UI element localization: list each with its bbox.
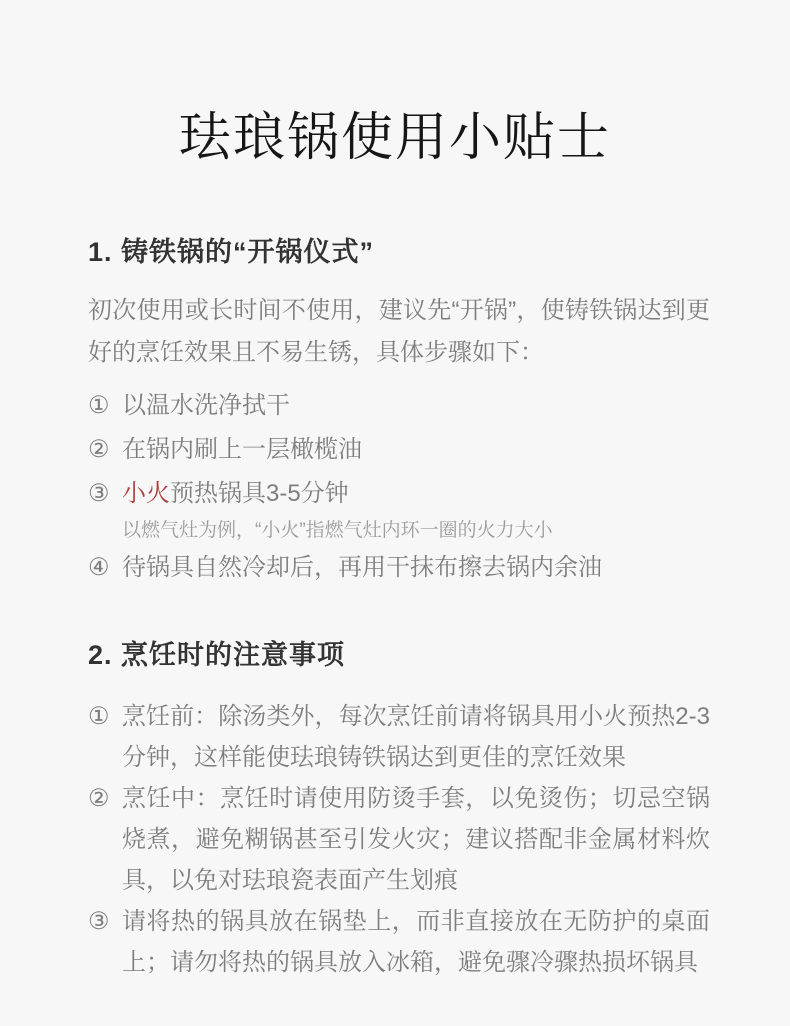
section-1-heading: 1. 铸铁锅的“开锅仪式” <box>88 233 710 271</box>
page-title: 珐琅锅使用小贴士 <box>0 0 790 176</box>
step-text: 请将热的锅具放在锅垫上，而非直接放在无防护的桌面上；请勿将热的锅具放入冰箱，避免… <box>122 901 710 983</box>
step-item: ② 在锅内刷上一层橄榄油 <box>88 428 710 472</box>
step-note: 以燃气灶为例，“小火”指燃气灶内环一圈的火力大小 <box>122 516 710 546</box>
section-1-intro: 初次使用或长时间不使用，建议先“开锅”，使铸铁锅达到更好的烹饪效果且不易生锈，具… <box>88 290 710 374</box>
step-marker: ① <box>88 696 122 737</box>
step-item: ① 以温水洗净拭干 <box>88 384 710 428</box>
step-item: ② 烹饪中：烹饪时请使用防烫手套，以免烫伤；切忌空锅烧煮，避免糊锅甚至引发火灾；… <box>88 778 710 901</box>
section-1-steps: ① 以温水洗净拭干 ② 在锅内刷上一层橄榄油 ③ 小火预热锅具3-5分钟 以燃气… <box>88 384 710 590</box>
step-text: 待锅具自然冷却后，再用干抹布擦去锅内余油 <box>122 546 710 590</box>
step-text-rest: 预热锅具3-5分钟 <box>170 480 349 507</box>
step-item: ③ 请将热的锅具放在锅垫上，而非直接放在无防护的桌面上；请勿将热的锅具放入冰箱，… <box>88 901 710 983</box>
step-marker: ④ <box>88 546 122 590</box>
highlighted-term: 小火 <box>122 480 170 507</box>
section-2-heading: 2. 烹饪时的注意事项 <box>88 636 710 674</box>
step-text: 烹饪中：烹饪时请使用防烫手套，以免烫伤；切忌空锅烧煮，避免糊锅甚至引发火灾；建议… <box>122 778 710 901</box>
section-2-steps: ① 烹饪前：除汤类外，每次烹饪前请将锅具用小火预热2-3分钟，这样能使珐琅铸铁锅… <box>88 696 710 983</box>
step-text: 烹饪前：除汤类外，每次烹饪前请将锅具用小火预热2-3分钟，这样能使珐琅铸铁锅达到… <box>122 696 710 778</box>
step-item: ③ 小火预热锅具3-5分钟 <box>88 472 710 516</box>
step-marker: ③ <box>88 901 122 942</box>
step-marker: ② <box>88 778 122 819</box>
section-cooking-precautions: 2. 烹饪时的注意事项 ① 烹饪前：除汤类外，每次烹饪前请将锅具用小火预热2-3… <box>88 636 710 983</box>
step-marker: ③ <box>88 472 122 516</box>
page-content: 1. 铸铁锅的“开锅仪式” 初次使用或长时间不使用，建议先“开锅”，使铸铁锅达到… <box>0 233 790 983</box>
section-opening-ritual: 1. 铸铁锅的“开锅仪式” 初次使用或长时间不使用，建议先“开锅”，使铸铁锅达到… <box>88 233 710 590</box>
step-text: 以温水洗净拭干 <box>122 384 710 428</box>
step-marker: ① <box>88 384 122 428</box>
step-text: 小火预热锅具3-5分钟 <box>122 472 710 516</box>
product-tips-page: 珐琅锅使用小贴士 1. 铸铁锅的“开锅仪式” 初次使用或长时间不使用，建议先“开… <box>0 0 790 1026</box>
step-item: ① 烹饪前：除汤类外，每次烹饪前请将锅具用小火预热2-3分钟，这样能使珐琅铸铁锅… <box>88 696 710 778</box>
step-text: 在锅内刷上一层橄榄油 <box>122 428 710 472</box>
step-item: ④ 待锅具自然冷却后，再用干抹布擦去锅内余油 <box>88 546 710 590</box>
step-marker: ② <box>88 428 122 472</box>
